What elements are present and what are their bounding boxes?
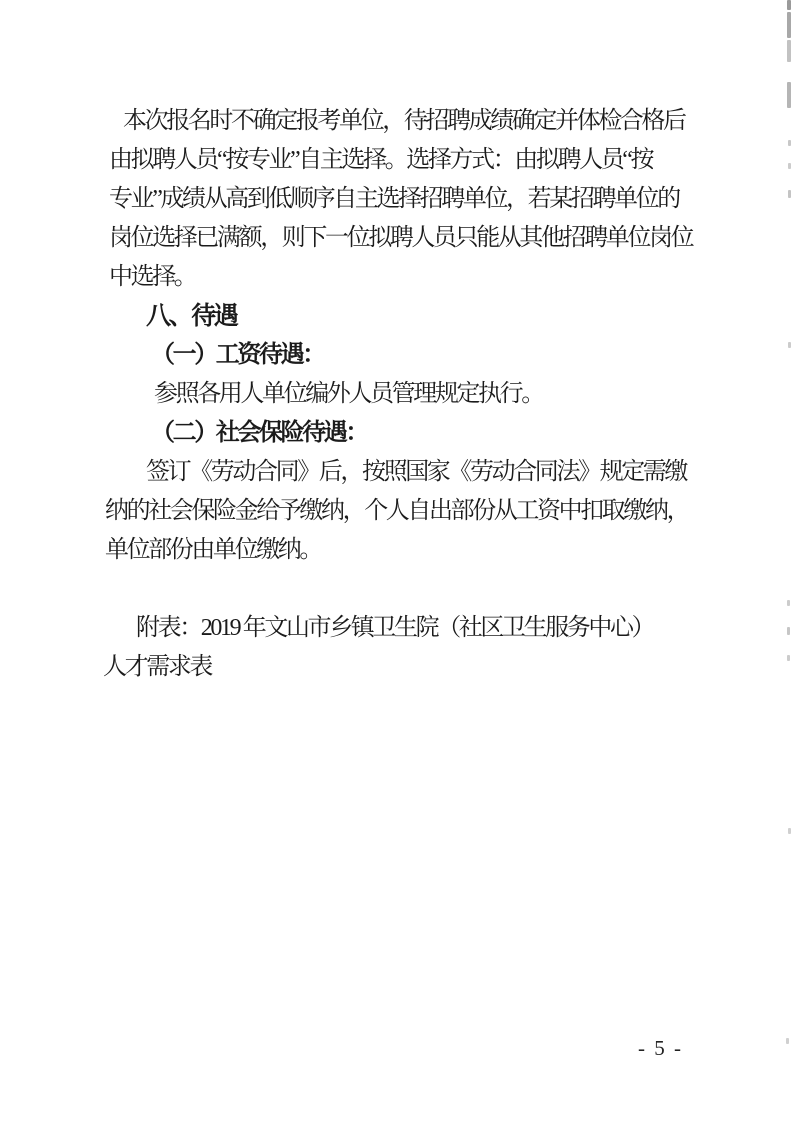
attachment-note-line: 人才需求表 [103,648,703,687]
scan-artifact [788,828,791,834]
scan-artifact [787,0,791,10]
body-line: 参照各用人单位编外人员管理规定执行。 [103,375,703,414]
body-line: 单位部份由单位缴纳。 [103,531,703,570]
scan-artifact [787,655,790,661]
scan-artifact [788,163,791,169]
scan-artifact [787,627,790,635]
body-line: 纳的社会保险金给予缴纳，个人自出部份从工资中扣取缴纳， [103,492,703,531]
scan-artifact [787,600,790,606]
scan-artifact [787,12,791,38]
body-line: 签订《劳动合同》后，按照国家《劳动合同法》规定需缴 [103,453,703,492]
page-number: - 5 - [638,1034,683,1062]
scan-artifact [787,40,791,62]
attachment-note-line: 附表：2019 年文山市乡镇卫生院（社区卫生服务中心） [103,609,703,648]
scan-artifact [788,342,791,348]
subsection-heading-salary: （一）工资待遇： [103,336,703,375]
scan-artifact [788,140,791,146]
body-line: 专业”成绩从高到低顺序自主选择招聘单位，若某招聘单位的 [103,180,703,219]
section-heading: 八、待遇 [103,297,703,336]
body-line: 岗位选择已满额，则下一位拟聘人员只能从其他招聘单位岗位 [103,219,703,258]
subsection-heading-insurance: （二）社会保险待遇： [103,414,703,453]
document-body: 本次报名时不确定报考单位，待招聘成绩确定并体检合格后 由拟聘人员“按专业”自主选… [103,102,703,687]
document-page: 本次报名时不确定报考单位，待招聘成绩确定并体检合格后 由拟聘人员“按专业”自主选… [0,0,795,1123]
scan-artifact [786,1038,789,1044]
body-line: 本次报名时不确定报考单位，待招聘成绩确定并体检合格后 [103,102,703,141]
scan-artifact [787,82,791,108]
blank-line [103,570,703,609]
body-line: 由拟聘人员“按专业”自主选择。选择方式：由拟聘人员“按 [103,141,703,180]
scan-artifact [788,190,791,198]
body-line: 中选择。 [103,258,703,297]
